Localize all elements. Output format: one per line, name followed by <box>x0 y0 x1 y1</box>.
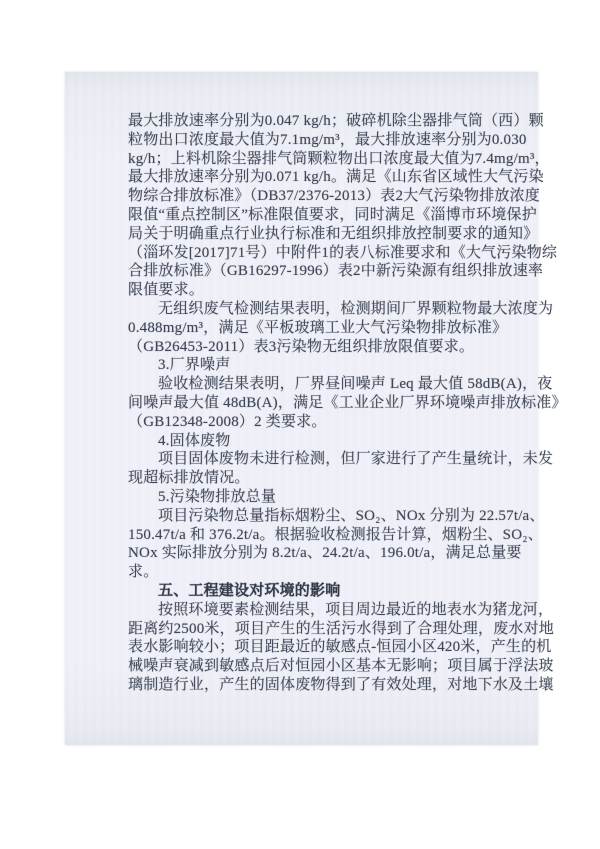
text-line: 械噪声衰减到敏感点后对恒园小区基本无影响；项目属于浮法玻 <box>128 657 532 676</box>
text-line: 按照环境要素检测结果，项目周边最近的地表水为猪龙河， <box>128 601 532 620</box>
document-text-column: 最大排放速率分别为0.047 kg/h；破碎机除尘器排气筒（西）颗粒物出口浓度最… <box>128 112 532 695</box>
section-heading-line: 五、工程建设对环境的影响 <box>128 582 532 601</box>
text-line: （GB26453-2011）表3污染物无组织排放限值要求。 <box>128 338 532 357</box>
text-line: 物综合排放标准》（DB37/2376-2013）表2大气污染物排放浓度 <box>128 187 532 206</box>
text-line: 距离约2500米，项目产生的生活污水得到了合理处理，废水对地 <box>128 620 532 639</box>
text-line: 最大排放速率分别为0.047 kg/h；破碎机除尘器排气筒（西）颗 <box>128 112 532 131</box>
text-line: 5.污染物排放总量 <box>128 488 532 507</box>
text-line: 局关于明确重点行业执行标准和无组织排放控制要求的通知》 <box>128 225 532 244</box>
text-line: 限值要求。 <box>128 281 532 300</box>
text-line: 验收检测结果表明，厂界昼间噪声 Leq 最大值 58dB(A)，夜 <box>128 375 532 394</box>
text-line: 求。 <box>128 563 532 582</box>
text-line: 150.47t/a 和 376.2t/a。根据验收检测报告计算，烟粉尘、SO₂、 <box>128 526 532 545</box>
text-line: kg/h；上料机除尘器排气筒颗粒物出口浓度最大值为7.4mg/m³， <box>128 150 532 169</box>
text-line: 现超标排放情况。 <box>128 469 532 488</box>
text-line: 间噪声最大值 48dB(A)，满足《工业企业厂界环境噪声排放标准》 <box>128 394 532 413</box>
text-line: 粒物出口浓度最大值为7.1mg/m³，最大排放速率分别为0.030 <box>128 131 532 150</box>
text-line: NOx 实际排放分别为 8.2t/a、24.2t/a、196.0t/a，满足总量… <box>128 544 532 563</box>
text-line: 0.488mg/m³，满足《平板玻璃工业大气污染物排放标准》 <box>128 319 532 338</box>
text-line: （淄环发[2017]71号）中附件1的表八标准要求和《大气污染物综 <box>128 244 532 263</box>
text-line: 限值“重点控制区”标准限值要求，同时满足《淄博市环境保护 <box>128 206 532 225</box>
text-line: 合排放标准》（GB16297-1996）表2中新污染源有组织排放速率 <box>128 262 532 281</box>
text-line: 4.固体废物 <box>128 432 532 451</box>
text-line: 项目固体废物未进行检测，但厂家进行了产生量统计，未发 <box>128 450 532 469</box>
text-line: 最大排放速率分别为0.071 kg/h。满足《山东省区域性大气污染 <box>128 168 532 187</box>
text-line: 表水影响较小；项目距最近的敏感点-恒园小区420米，产生的机 <box>128 638 532 657</box>
text-line: 璃制造行业，产生的固体废物得到了有效处理，对地下水及土壤 <box>128 676 532 695</box>
scan-background: { "document": { "kind": "scanned-environ… <box>0 0 600 849</box>
scanned-page: 最大排放速率分别为0.047 kg/h；破碎机除尘器排气筒（西）颗粒物出口浓度最… <box>65 72 538 745</box>
text-line: （GB12348-2008）2 类要求。 <box>128 413 532 432</box>
text-line: 无组织废气检测结果表明，检测期间厂界颗粒物最大浓度为 <box>128 300 532 319</box>
text-line: 3.厂界噪声 <box>128 356 532 375</box>
text-line: 项目污染物总量指标烟粉尘、SO₂、NOx 分别为 22.57t/a、 <box>128 507 532 526</box>
